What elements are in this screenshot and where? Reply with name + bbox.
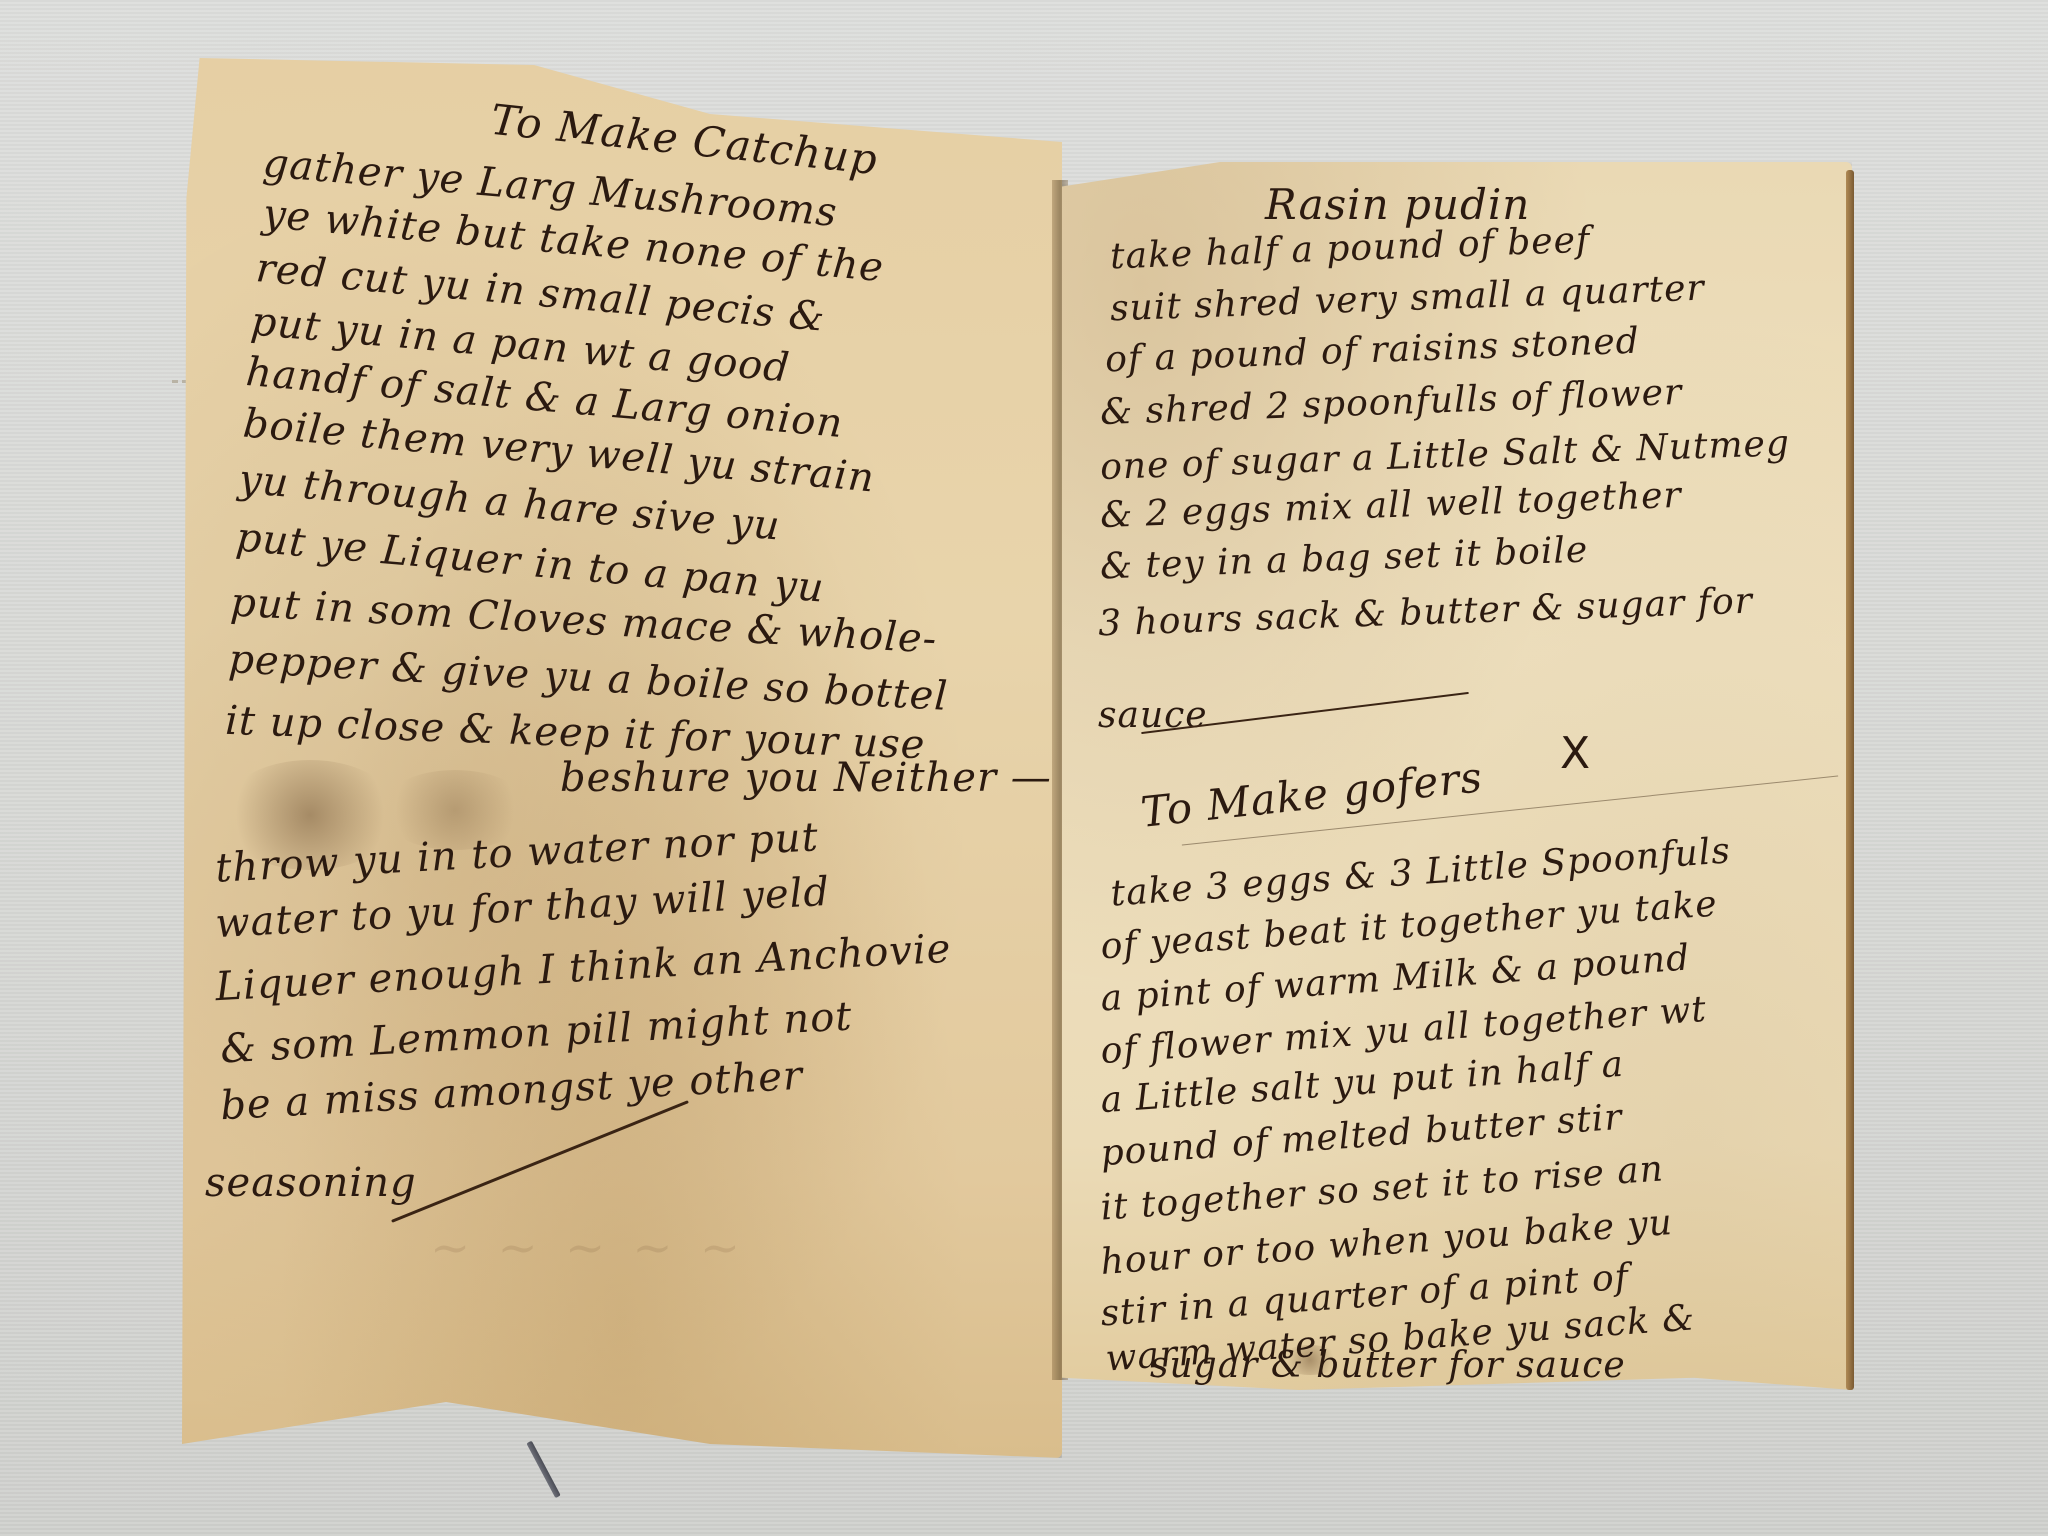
page-edge — [1846, 170, 1854, 1390]
cross-mark: X — [1560, 728, 1590, 779]
recipe-title-rasin-pudin: Rasin pudin — [1265, 180, 1530, 229]
manuscript-line: seasoning — [205, 1160, 417, 1206]
bleed-through-text: ~ ~ ~ ~ ~ — [430, 1220, 746, 1276]
open-manuscript-book: ~ ~ ~ ~ ~ To Make Catchup gather ye Larg… — [0, 0, 2048, 1536]
manuscript-line: beshure you Neither — — [560, 755, 1052, 801]
bookmark-ribbon — [526, 1441, 560, 1499]
manuscript-line: sugar & butter for sauce — [1150, 1345, 1626, 1386]
